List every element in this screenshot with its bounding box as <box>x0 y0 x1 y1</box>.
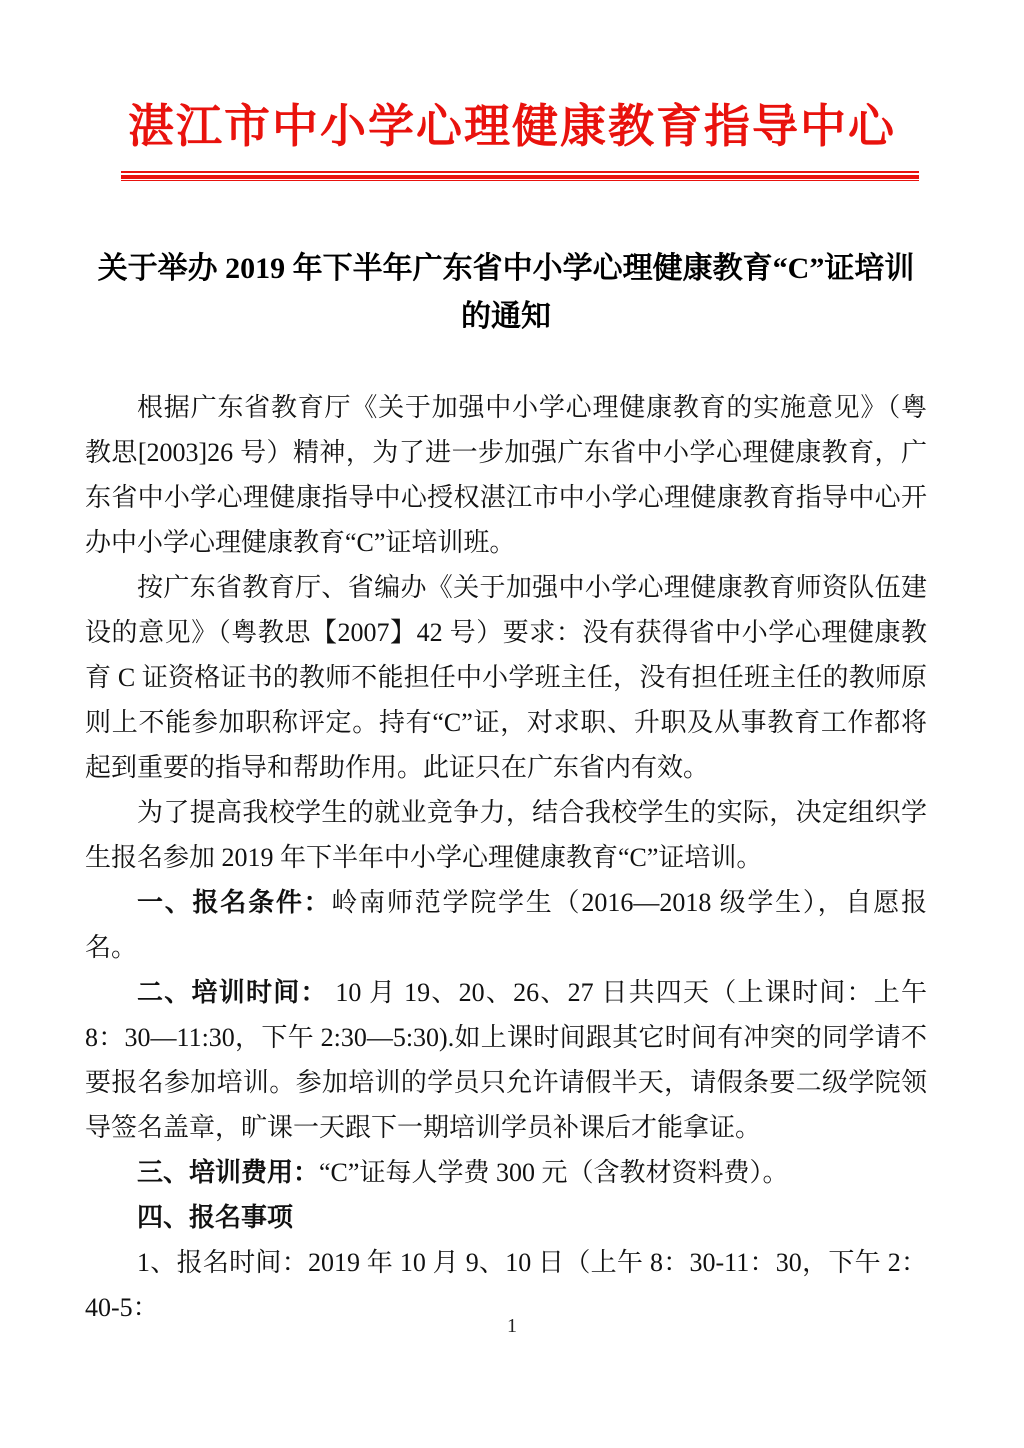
document-body: 根据广东省教育厅《关于加强中小学心理健康教育的实施意见》（粤教思[2003]26… <box>85 385 927 1330</box>
paragraph-basis-2: 按广东省教育厅、省编办《关于加强中小学心理健康教育师资队伍建设的意见》（粤教思【… <box>85 565 927 790</box>
document-content: 关于举办 2019 年下半年广东省中小学心理健康教育“C”证培训的通知 根据广东… <box>0 245 1024 1330</box>
letterhead: 湛江市中小学心理健康教育指导中心 <box>0 96 1024 181</box>
document-page: 湛江市中小学心理健康教育指导中心 关于举办 2019 年下半年广东省中小学心理健… <box>0 0 1024 1448</box>
item-text: 1、报名时间：2019 年 10 月 9、10 日（上午 8：30-11：30，… <box>85 1248 927 1322</box>
item-registration-conditions: 一、报名条件：岭南师范学院学生（2016—2018 级学生），自愿报名。 <box>85 880 927 970</box>
paragraph-text: 按广东省教育厅、省编办《关于加强中小学心理健康教育师资队伍建设的意见》（粤教思【… <box>85 573 927 782</box>
item-training-fee: 三、培训费用：“C”证每人学费 300 元（含教材资料费）。 <box>85 1150 927 1195</box>
item-label: 二、培训时间： <box>137 978 328 1007</box>
item-registration-matters: 四、报名事项 <box>85 1195 927 1240</box>
item-training-time: 二、培训时间： 10 月 19、20、26、27 日共四天（上课时间：上午 8：… <box>85 970 927 1150</box>
item-label: 三、培训费用： <box>137 1158 319 1187</box>
document-title: 关于举办 2019 年下半年广东省中小学心理健康教育“C”证培训的通知 <box>85 245 927 341</box>
paragraph-purpose: 为了提高我校学生的就业竞争力，结合我校学生的实际，决定组织学生报名参加 2019… <box>85 790 927 880</box>
item-text: “C”证每人学费 300 元（含教材资料费）。 <box>319 1158 788 1187</box>
item-label: 四、报名事项 <box>137 1203 293 1232</box>
paragraph-text: 为了提高我校学生的就业竞争力，结合我校学生的实际，决定组织学生报名参加 2019… <box>85 798 927 872</box>
paragraph-basis-1: 根据广东省教育厅《关于加强中小学心理健康教育的实施意见》（粤教思[2003]26… <box>85 385 927 565</box>
paragraph-text: 根据广东省教育厅《关于加强中小学心理健康教育的实施意见》（粤教思[2003]26… <box>85 393 927 557</box>
page-footer: 1 <box>0 1315 1024 1338</box>
letterhead-org-title: 湛江市中小学心理健康教育指导中心 <box>0 96 1024 158</box>
page-number: 1 <box>507 1315 517 1337</box>
letterhead-divider-rule <box>121 171 919 181</box>
item-label: 一、报名条件： <box>137 888 331 917</box>
